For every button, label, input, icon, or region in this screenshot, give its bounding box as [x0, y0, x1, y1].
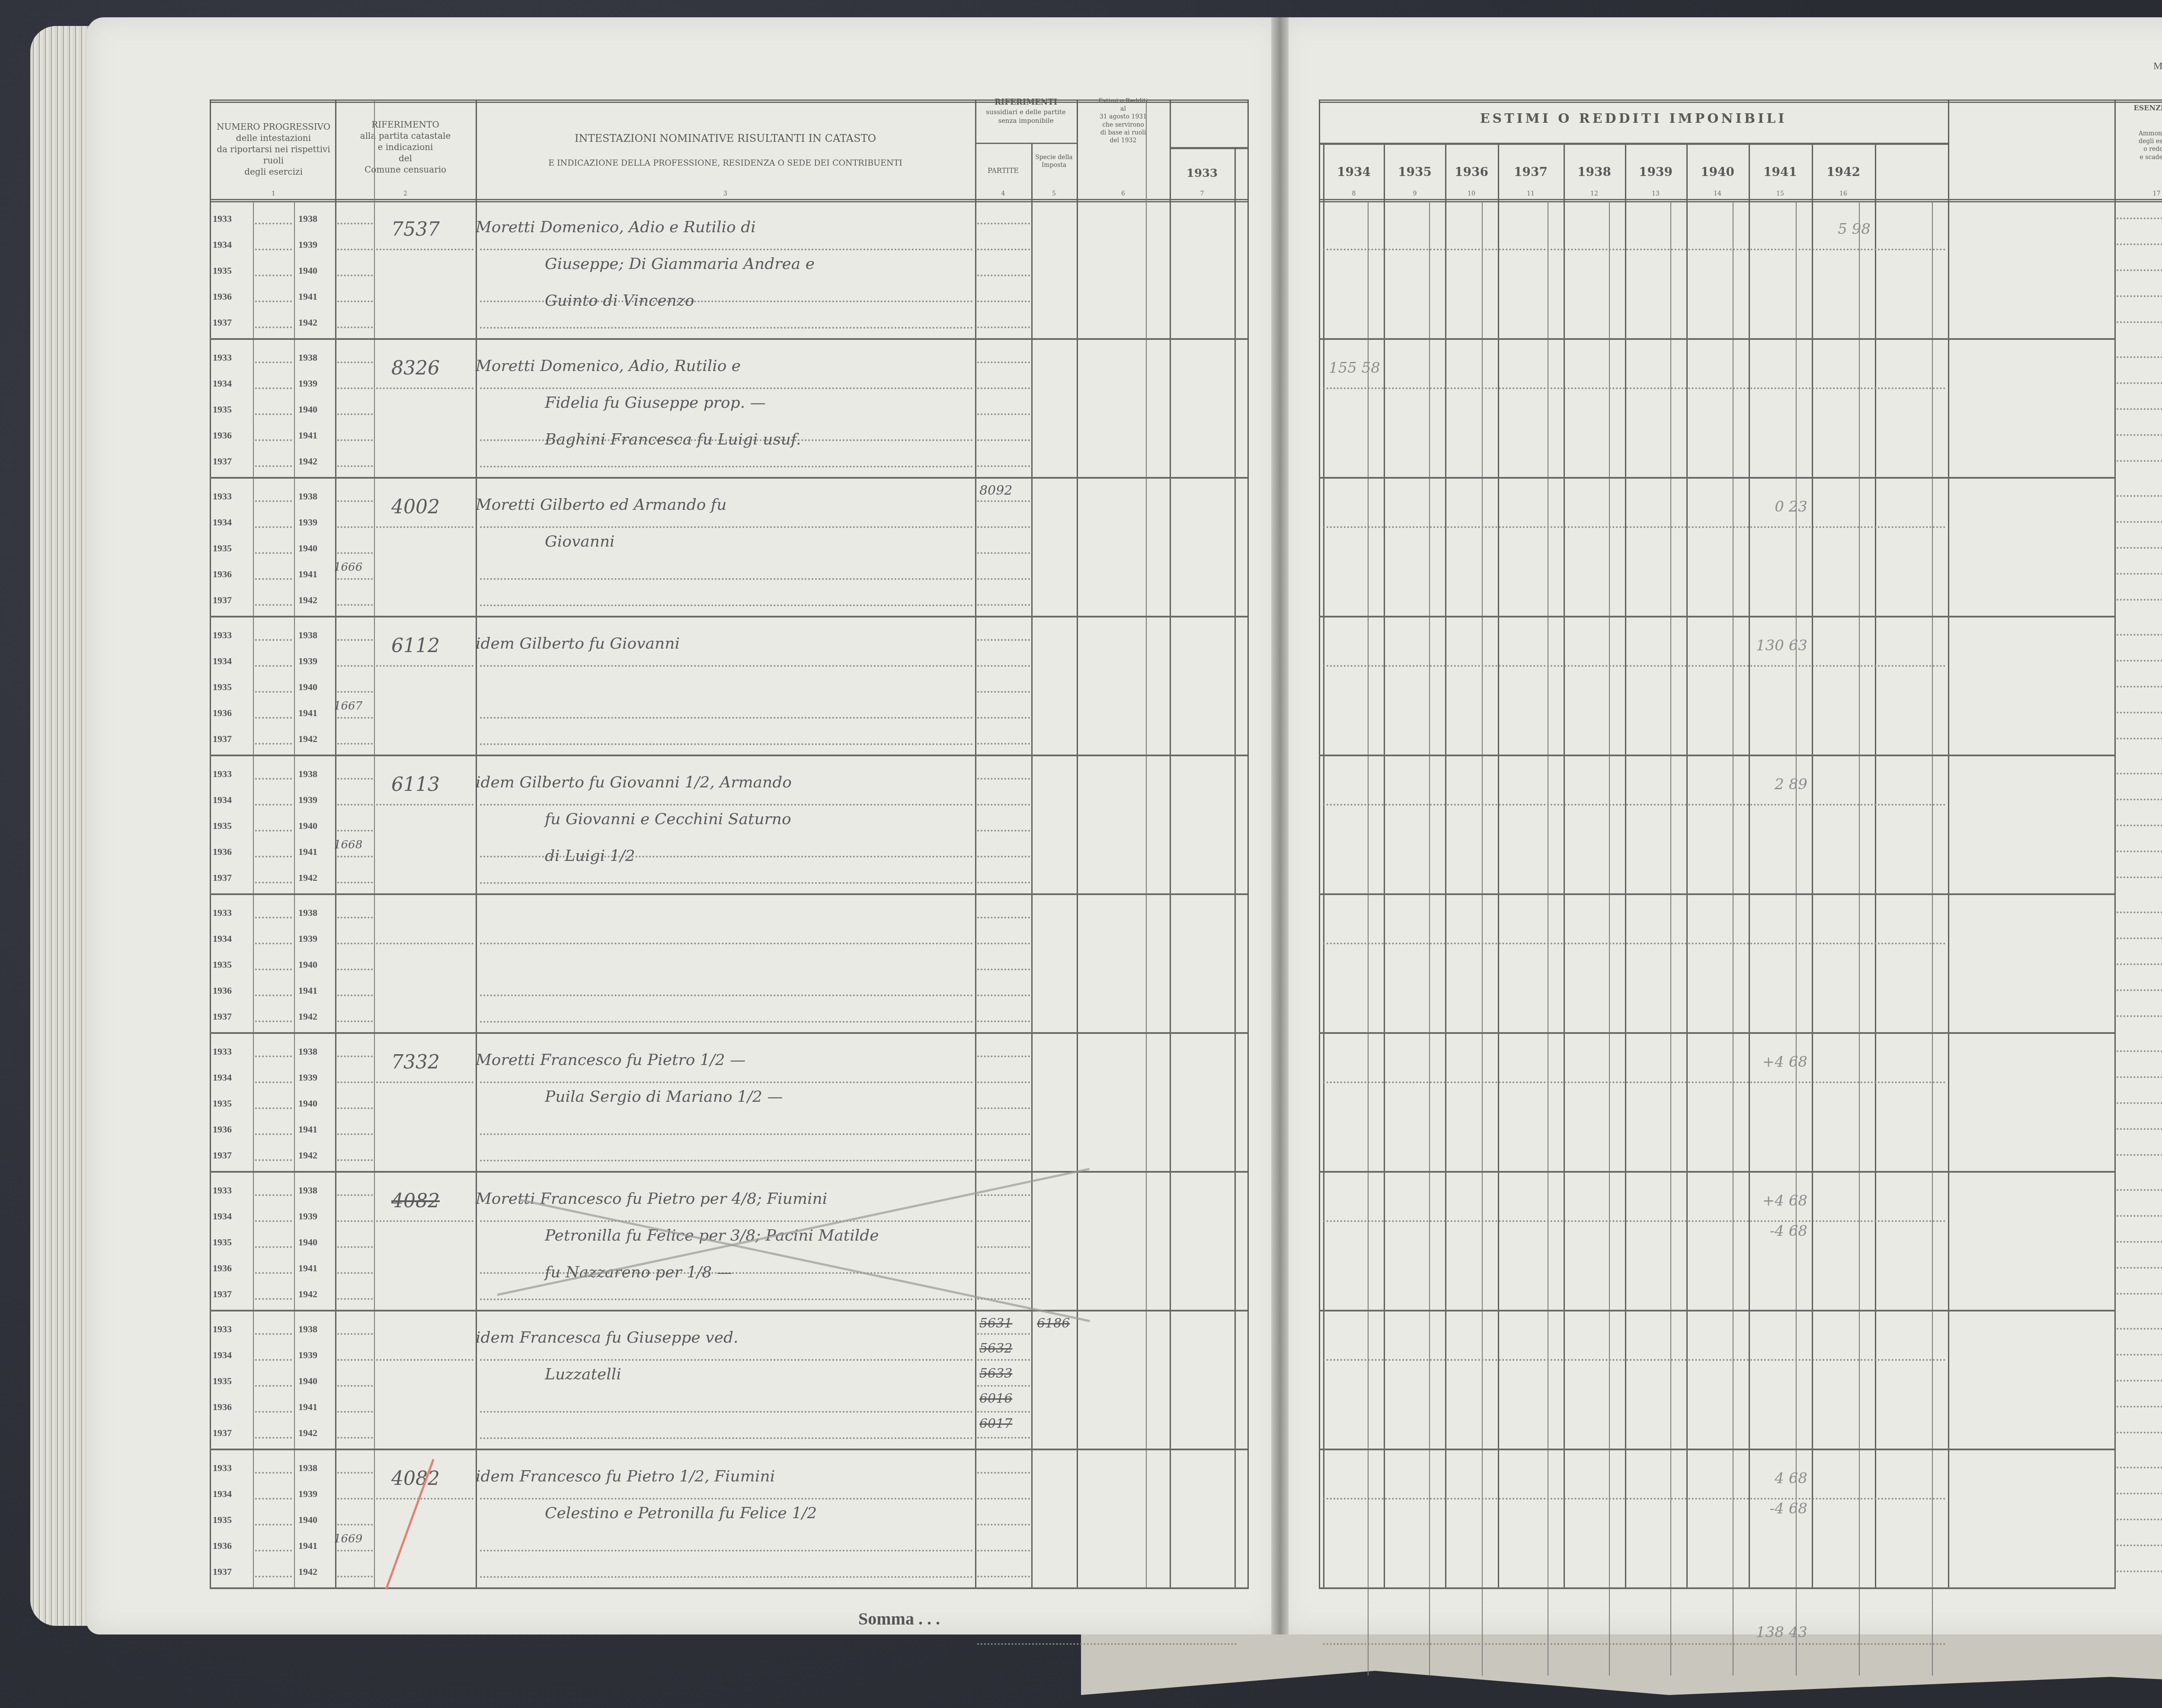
- year-header-1935: 1935: [1385, 164, 1445, 180]
- year-label: 1940: [298, 1375, 317, 1387]
- column-rule: [1445, 145, 1446, 1589]
- year-label: 1939: [298, 378, 317, 389]
- esenzioni-line: [2117, 1493, 2162, 1494]
- col1-header: NUMERO PROGRESSIVO delle intestazioni da…: [210, 121, 337, 177]
- column-rule: [1031, 144, 1033, 1589]
- year-label: 1941: [298, 1263, 317, 1274]
- year-dotted: [255, 1194, 292, 1196]
- year-dotted: [337, 223, 373, 224]
- text-line: [480, 1498, 973, 1500]
- esenzioni-line: [2117, 321, 2162, 323]
- riferimenti-title: RIFERIMENTI: [975, 97, 1077, 107]
- text-line: [480, 743, 973, 745]
- intestazione-line: Puila Sergio di Mariano 1/2 —: [545, 1088, 783, 1106]
- partita-number: 7332: [391, 1051, 440, 1073]
- cents-rule: [1670, 201, 1671, 1676]
- esenzioni-line: [2117, 1354, 2162, 1356]
- year-label: 1939: [298, 656, 317, 667]
- year-label: 1934: [213, 933, 232, 944]
- year-label: 1938: [298, 768, 317, 780]
- partite-line: [977, 943, 1030, 944]
- riferimento-partita: 6017: [979, 1416, 1012, 1431]
- text-line: [480, 526, 973, 528]
- year-col-number: 11: [1498, 190, 1564, 197]
- esenzioni-line: [2117, 876, 2162, 878]
- year-dotted: [337, 943, 373, 944]
- year-header-1937: 1937: [1498, 164, 1564, 180]
- entry-separator: [1319, 893, 2114, 895]
- partita-line: [376, 1081, 473, 1083]
- partite-line: [977, 1576, 1030, 1577]
- column-rule: [253, 201, 254, 1589]
- year-dotted: [337, 1133, 373, 1135]
- column-rule: [374, 99, 375, 1589]
- col6-header: Estimi o Redditi al 31 agosto 1931 che s…: [1077, 97, 1170, 144]
- year-dotted: [255, 465, 292, 467]
- year-dotted: [255, 830, 292, 832]
- year-dotted: [255, 1133, 292, 1135]
- year-header-1938: 1938: [1564, 164, 1625, 180]
- year-dotted: [337, 578, 373, 580]
- partita-number: 4002: [391, 496, 440, 518]
- year-label: 1933: [213, 1185, 232, 1196]
- year-dotted: [255, 717, 292, 719]
- amount-line: [1323, 804, 1946, 806]
- partita-number: 6112: [391, 635, 440, 657]
- year-label: 1934: [213, 1211, 232, 1222]
- partite-line: [977, 500, 1030, 502]
- partite-line: [977, 1194, 1030, 1196]
- esenzioni-line: [2117, 408, 2162, 410]
- partita-number: 8326: [391, 357, 440, 379]
- col4-number: 4: [975, 190, 1031, 197]
- cents-rule: [1368, 201, 1369, 1676]
- esenzioni-line: [2117, 547, 2162, 549]
- column-rule: [1170, 99, 1171, 1589]
- year-label: 1935: [213, 1375, 232, 1387]
- year-dotted: [255, 275, 292, 276]
- partite-line: [977, 665, 1030, 667]
- year-label: 1938: [298, 1046, 317, 1057]
- year-header-1941: 1941: [1749, 164, 1812, 180]
- year-dotted: [255, 326, 292, 328]
- partite-line: [977, 1133, 1030, 1135]
- year-label: 1933: [213, 1462, 232, 1474]
- year-label: 1934: [213, 1350, 232, 1361]
- partite-line: [977, 1472, 1030, 1474]
- year-label: 1940: [298, 820, 317, 832]
- year-label: 1937: [213, 595, 232, 606]
- entry-separator: [210, 338, 1247, 340]
- year-dotted: [255, 387, 292, 389]
- esenzioni-line: [2117, 686, 2162, 688]
- entry-separator: [210, 893, 1247, 895]
- text-line: [480, 1411, 973, 1413]
- year-label: 1940: [298, 959, 317, 970]
- year-dotted: [255, 413, 292, 415]
- esenzioni-line: [2117, 963, 2162, 965]
- year-label: 1939: [298, 1211, 317, 1222]
- column-rule: [210, 99, 211, 1589]
- year-dotted: [255, 1550, 292, 1551]
- text-line: [480, 882, 973, 884]
- year-dotted: [255, 1298, 292, 1300]
- entry-separator: [1319, 1032, 2114, 1034]
- esenzioni-subtitle: Ammontare degli estimi o redditi e scade…: [2114, 130, 2162, 161]
- partite-line: [977, 743, 1030, 745]
- year-dotted: [337, 1385, 373, 1387]
- year-label: 1936: [213, 569, 232, 580]
- text-line: [480, 995, 973, 996]
- year-label: 1941: [298, 291, 317, 302]
- year-dotted: [337, 1472, 373, 1474]
- col3-subtitle: E INDICAZIONE DELLA PROFESSIONE, RESIDEN…: [476, 158, 975, 169]
- amount-line: [1323, 387, 1946, 389]
- partite-line: [977, 1272, 1030, 1274]
- esenzioni-line: [2117, 599, 2162, 601]
- esenzioni-line: [2117, 851, 2162, 852]
- year-label: 1939: [298, 517, 317, 528]
- year-label: 1933: [213, 768, 232, 780]
- col3-number: 3: [476, 190, 975, 197]
- year-label: 1939: [298, 239, 317, 250]
- year-dotted: [255, 1272, 292, 1274]
- form-code: Mod. 111 - Imposte Dirette (Intercalare)…: [2153, 61, 2162, 72]
- riferimento-partita: 5632: [979, 1341, 1012, 1356]
- year-label: 1940: [298, 265, 317, 276]
- partite-line: [977, 1498, 1030, 1500]
- year-col-number: 9: [1385, 190, 1445, 197]
- year-label: 1936: [213, 707, 232, 719]
- text-line: [480, 665, 973, 667]
- esenzioni-line: [2117, 1519, 2162, 1520]
- partita-line: [376, 665, 473, 667]
- col17-number: 17: [2114, 190, 2162, 197]
- esenzioni-line: [2117, 1076, 2162, 1078]
- esenzioni-line: [2117, 356, 2162, 358]
- cents-rule: [1548, 201, 1548, 1676]
- year-label: 1935: [213, 543, 232, 554]
- year-label: 1933: [213, 1324, 232, 1335]
- header-bottom-rule: [210, 199, 1247, 202]
- year-dotted: [255, 249, 292, 250]
- col7-year: 1933: [1170, 166, 1235, 181]
- partite-line: [977, 1550, 1030, 1551]
- year-dotted: [337, 500, 373, 502]
- year-dotted: [337, 1550, 373, 1551]
- year-dotted: [337, 275, 373, 276]
- amount-value: +4 68: [1730, 1192, 1807, 1209]
- year-label: 1942: [298, 595, 317, 606]
- cents-rule: [1733, 201, 1733, 1676]
- cents-rule: [1482, 201, 1483, 1676]
- year-dotted: [337, 326, 373, 328]
- esenzioni-line: [2117, 1050, 2162, 1052]
- esenzioni-line: [2117, 1432, 2162, 1433]
- year-label: 1938: [298, 1324, 317, 1335]
- year-label: 1938: [298, 1462, 317, 1474]
- amount-value: 2 89: [1730, 776, 1807, 793]
- year-dotted: [337, 778, 373, 780]
- column-rule: [2114, 99, 2116, 1589]
- esenzioni-line: [2117, 1241, 2162, 1243]
- col5-number: 5: [1031, 190, 1077, 197]
- entry-separator: [210, 755, 1247, 756]
- partite-line: [977, 552, 1030, 554]
- year-dotted: [337, 552, 373, 554]
- text-line: [480, 1133, 973, 1135]
- year-label: 1939: [298, 1072, 317, 1083]
- year-header-1939: 1939: [1625, 164, 1686, 180]
- text-line: [480, 1081, 973, 1083]
- year-label: 1942: [298, 1289, 317, 1300]
- year-dotted: [337, 361, 373, 363]
- amount-value: 4 68: [1730, 1470, 1807, 1487]
- partite-line: [977, 1056, 1030, 1057]
- col4-header: PARTITE: [975, 166, 1031, 176]
- year-dotted: [337, 1359, 373, 1361]
- year-label: 1940: [298, 543, 317, 554]
- partita-line: [376, 1498, 473, 1500]
- partite-line: [977, 526, 1030, 528]
- year-dotted: [255, 995, 292, 996]
- year-dotted: [337, 1081, 373, 1083]
- year-dotted: [337, 1159, 373, 1161]
- year-header-1936: 1936: [1445, 164, 1498, 180]
- intestazione-line: fu Giovanni e Cecchini Saturno: [545, 810, 791, 828]
- year-label: 1938: [298, 491, 317, 502]
- intestazione-line: Moretti Domenico, Adio e Rutilio di: [476, 218, 756, 236]
- year-label: 1935: [213, 265, 232, 276]
- year-label: 1937: [213, 872, 232, 883]
- esenzioni-line: [2117, 1380, 2162, 1382]
- amount-line: [1323, 249, 1946, 250]
- book-gutter: [1271, 17, 1289, 1634]
- year-dotted: [255, 1472, 292, 1474]
- year-header-1934: 1934: [1323, 164, 1385, 180]
- year-dotted: [255, 1437, 292, 1439]
- side-number: 1669: [334, 1532, 362, 1545]
- esenzioni-line: [2117, 434, 2162, 436]
- entry-separator: [1319, 616, 2114, 617]
- partite-line: [977, 804, 1030, 806]
- esenzioni-line: [2117, 712, 2162, 713]
- partite-line: [977, 1385, 1030, 1387]
- partite-line: [977, 439, 1030, 441]
- partite-line: [977, 1246, 1030, 1248]
- entry-separator: [210, 1310, 1247, 1311]
- year-label: 1937: [213, 317, 232, 328]
- year-label: 1939: [298, 933, 317, 944]
- year-label: 1941: [298, 430, 317, 441]
- year-label: 1933: [213, 907, 232, 918]
- year-dotted: [255, 1081, 292, 1083]
- year-label: 1934: [213, 1072, 232, 1083]
- riferimenti-subtitle: sussidiari e delle partite senza imponib…: [975, 108, 1077, 125]
- year-dotted: [337, 804, 373, 806]
- year-col-number: 12: [1564, 190, 1625, 197]
- year-dotted: [255, 361, 292, 363]
- esenzioni-line: [2117, 989, 2162, 991]
- year-label: 1937: [213, 1011, 232, 1022]
- year-dotted: [255, 969, 292, 970]
- year-dotted: [255, 804, 292, 806]
- partite-line: [977, 882, 1030, 883]
- year-dotted: [255, 882, 292, 883]
- riferimento-partita: 6016: [979, 1391, 1012, 1406]
- year-dotted: [337, 1272, 373, 1274]
- year-dotted: [337, 1020, 373, 1022]
- column-rule: [1077, 99, 1078, 1589]
- year-dotted: [337, 917, 373, 918]
- partita-line: [376, 526, 473, 528]
- year-label: 1941: [298, 1540, 317, 1551]
- partita-line: [376, 1359, 473, 1361]
- somma-label: Somma . . .: [858, 1609, 940, 1629]
- partite-line: [977, 1333, 1030, 1335]
- year-dotted: [337, 691, 373, 693]
- year-dotted: [255, 691, 292, 693]
- year-label: 1937: [213, 1566, 232, 1577]
- year-label: 1938: [298, 213, 317, 224]
- intestazione-line: Guinto di Vincenzo: [545, 292, 694, 310]
- partite-line: [977, 1159, 1030, 1161]
- esenzioni-line: [2117, 521, 2162, 523]
- year-col-number: 13: [1625, 190, 1686, 197]
- amount-line: [1323, 1220, 1946, 1222]
- year-dotted: [255, 1576, 292, 1577]
- partite-line: [977, 1411, 1030, 1413]
- riferimento-partita: 5633: [979, 1366, 1012, 1381]
- intestazione-line: Celestino e Petronilla fu Felice 1/2: [545, 1504, 817, 1522]
- column-rule: [1247, 99, 1249, 1589]
- esenzioni-line: [2117, 825, 2162, 826]
- year-label: 1941: [298, 707, 317, 719]
- col7-number: 7: [1170, 190, 1235, 197]
- column-rule: [1812, 145, 1813, 1589]
- year-dotted: [255, 743, 292, 745]
- intestazione-line: Moretti Domenico, Adio, Rutilio e: [476, 357, 741, 375]
- year-dotted: [255, 223, 292, 224]
- entry-separator: [1319, 1587, 2114, 1589]
- text-line: [480, 327, 973, 329]
- amount-value-correction: -4 68: [1730, 1222, 1807, 1240]
- year-dotted: [255, 1020, 292, 1022]
- year-label: 1938: [298, 907, 317, 918]
- esenzioni-line: [2117, 295, 2162, 297]
- year-dotted: [255, 1246, 292, 1248]
- year-label: 1941: [298, 569, 317, 580]
- year-dotted: [255, 778, 292, 780]
- partita-line: [376, 249, 473, 250]
- amount-value-correction: -4 68: [1730, 1500, 1807, 1517]
- text-line: [480, 1576, 973, 1578]
- column-rule: [1625, 145, 1626, 1589]
- year-dotted: [337, 387, 373, 389]
- year-label: 1935: [213, 1514, 232, 1526]
- form-code-text: Mod. 111 - Imposte Dirette: [2153, 61, 2162, 72]
- year-dotted: [255, 917, 292, 918]
- year-dotted: [337, 1576, 373, 1577]
- entry-separator: [1319, 755, 2114, 756]
- year-label: 1937: [213, 1289, 232, 1300]
- year-label: 1938: [298, 630, 317, 641]
- somma-value: 138 43: [1730, 1624, 1807, 1641]
- col2-number: 2: [335, 190, 476, 197]
- entry-separator: [1319, 477, 2114, 479]
- esenzioni-line: [2117, 1128, 2162, 1130]
- partita-line: [376, 943, 473, 944]
- year-dotted: [337, 413, 373, 415]
- partite-line: [977, 856, 1030, 857]
- intestazione-line: Moretti Gilberto ed Armando fu: [476, 496, 726, 514]
- partite-line: [977, 995, 1030, 996]
- year-dotted: [255, 301, 292, 302]
- year-dotted: [337, 856, 373, 857]
- partite-line: [977, 301, 1030, 302]
- year-dotted: [255, 1385, 292, 1387]
- partite-line: [977, 778, 1030, 780]
- partite-line: [977, 1081, 1030, 1083]
- year-dotted: [337, 830, 373, 832]
- esenzioni-line: [2117, 1570, 2162, 1572]
- intestazione-line: Giuseppe; Di Giammaria Andrea e: [545, 255, 815, 273]
- year-label: 1936: [213, 985, 232, 996]
- year-label: 1937: [213, 1150, 232, 1161]
- year-dotted: [255, 856, 292, 857]
- year-label: 1938: [298, 352, 317, 363]
- text-line: [480, 605, 973, 606]
- intestazione-line: idem Francesca fu Giuseppe ved.: [476, 1329, 738, 1347]
- year-dotted: [255, 943, 292, 944]
- text-line: [480, 249, 973, 250]
- year-dotted: [337, 1056, 373, 1057]
- text-line: [480, 1299, 973, 1300]
- year-dotted: [255, 526, 292, 528]
- year-label: 1942: [298, 1011, 317, 1022]
- esenzioni-line: [2117, 634, 2162, 636]
- year-dotted: [337, 1220, 373, 1222]
- esenzioni-title: ESENZIONI: [2114, 104, 2162, 113]
- esenzioni-line: [2117, 1293, 2162, 1295]
- year-label: 1938: [298, 1185, 317, 1196]
- year-dotted: [337, 1194, 373, 1196]
- year-label: 1940: [298, 1514, 317, 1526]
- column-rule: [476, 99, 477, 1589]
- entry-separator: [1319, 1171, 2114, 1173]
- year-label: 1933: [213, 213, 232, 224]
- amount-value: 0 23: [1730, 498, 1807, 515]
- esenzioni-line: [2117, 243, 2162, 245]
- year-dotted: [337, 249, 373, 250]
- esenzioni-line: [2117, 912, 2162, 913]
- column-rule: [1564, 145, 1565, 1589]
- amount-line: [1323, 1359, 1946, 1361]
- partita-number: 7537: [391, 218, 440, 240]
- year-label: 1933: [213, 1046, 232, 1057]
- partite-line: [977, 917, 1030, 918]
- year-dotted: [337, 665, 373, 667]
- year-label: 1935: [213, 820, 232, 832]
- year-label: 1936: [213, 430, 232, 441]
- year-label: 1942: [298, 872, 317, 883]
- entry-separator: [1319, 1310, 2114, 1311]
- year-label: 1939: [298, 1488, 317, 1500]
- year-label: 1940: [298, 681, 317, 693]
- esenzioni-line: [2117, 738, 2162, 739]
- year-label: 1935: [213, 959, 232, 970]
- partite-line: [977, 1020, 1030, 1022]
